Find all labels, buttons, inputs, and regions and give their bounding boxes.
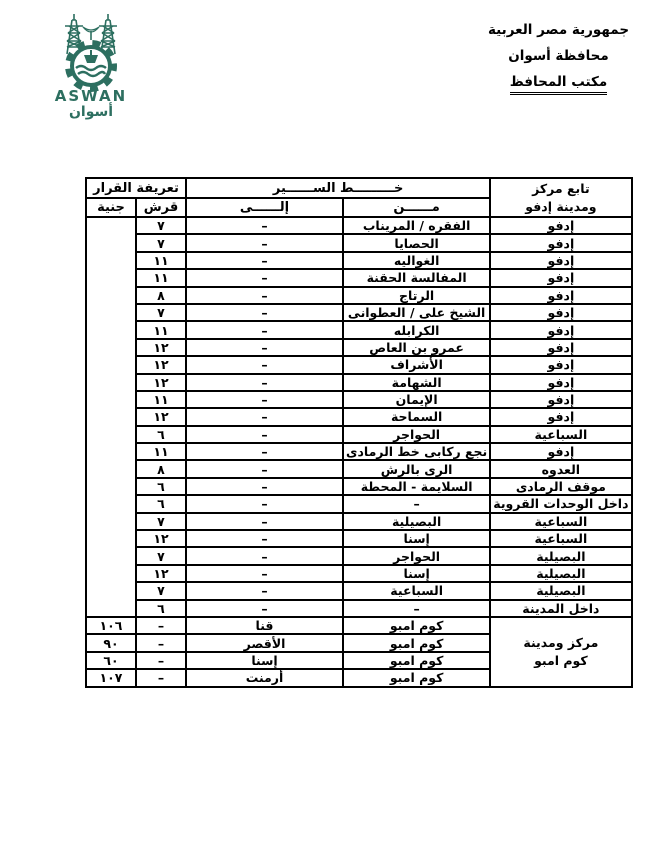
cell-from: العدوه <box>490 460 631 477</box>
pounds-column-header: جنية <box>86 198 136 217</box>
logo-text-en: ASWAN <box>55 87 127 105</box>
cell-to: البصيلية <box>343 513 490 530</box>
gear-icon <box>69 44 113 88</box>
table-header-row-1: تابع مركز ومدينة إدفو خـــــــــط الســـ… <box>86 178 632 198</box>
cell-pounds: ١٢ <box>136 356 186 373</box>
table-row: إدفوالغواليه–١١ <box>86 252 632 269</box>
cell-from: البصيلية <box>490 547 631 564</box>
cell-piasters: – <box>186 478 343 495</box>
cell-to: إسنا <box>343 530 490 547</box>
table-row: إدفونجع ركابى خط الرمادى–١١ <box>86 443 632 460</box>
cell-from: إدفو <box>490 252 631 269</box>
table-row: العدوهالرى بالرش–٨ <box>86 460 632 477</box>
cell-pounds: ١١ <box>136 443 186 460</box>
cell-pounds: ٦ <box>136 426 186 443</box>
cell-pounds: ١١ <box>136 252 186 269</box>
cell-piasters: – <box>186 582 343 599</box>
cell-piasters: – <box>186 426 343 443</box>
governorate-name: محافظة أسوان <box>471 48 646 64</box>
office-name: مكتب المحافظ <box>471 74 646 95</box>
table-row: البصيليةالحواجر–٧ <box>86 547 632 564</box>
cell-piasters: – <box>136 652 186 669</box>
route-rows: إدفوالفقره / المريناب–٧إدفوالحصايا–٧إدفو… <box>86 217 632 687</box>
table-row: السباعيةإسنا–١٢ <box>86 530 632 547</box>
logo-text-ar: أسوان <box>69 102 113 120</box>
cell-pounds: ٧ <box>136 582 186 599</box>
cell-to: الغواليه <box>343 252 490 269</box>
cell-from: إدفو <box>490 408 631 425</box>
government-header: جمهورية مصر العربية محافظة أسوان مكتب ال… <box>471 22 646 105</box>
cell-piasters: – <box>186 269 343 286</box>
cell-to: المفالسة الحقنة <box>343 269 490 286</box>
cell-from: إدفو <box>490 269 631 286</box>
cell-to: عمرو بن العاص <box>343 339 490 356</box>
cell-to: إسنا <box>343 565 490 582</box>
table-row: مركز ومدينة كوم امبوكوم امبوقنا–١٠٦ <box>86 617 632 634</box>
from-column-header: مــــــن <box>343 198 490 217</box>
cell-from: إدفو <box>490 339 631 356</box>
cell-piasters: – <box>186 530 343 547</box>
table-row: داخل الوحدات القروية––٦ <box>86 495 632 512</box>
cell-piasters: – <box>186 547 343 564</box>
cell-to: الشهامة <box>343 374 490 391</box>
cell-pounds: ٩٠ <box>86 634 136 651</box>
cell-pounds: ١٢ <box>136 339 186 356</box>
cell-pounds: ١٠٧ <box>86 669 136 686</box>
cell-piasters: – <box>186 495 343 512</box>
cell-pounds: ٧ <box>136 547 186 564</box>
table-row: البصيليةإسنا–١٢ <box>86 565 632 582</box>
country-name: جمهورية مصر العربية <box>471 22 646 38</box>
cell-pounds: ٦٠ <box>86 652 136 669</box>
tariff-title-header: تعريفة القرار <box>86 178 186 198</box>
piasters-column-header: قرش <box>136 198 186 217</box>
table-row: إدفوالشهامة–١٢ <box>86 374 632 391</box>
cell-from: إدفو <box>490 374 631 391</box>
aswan-logo: ASWAN أسوان <box>34 6 148 122</box>
cell-pounds: ١٠٦ <box>86 617 136 634</box>
cell-from: إدفو <box>490 356 631 373</box>
cell-from: داخل المدينة <box>490 600 631 617</box>
cell-from: كوم امبو <box>343 634 490 651</box>
route-title-header: خـــــــــط الســــــير <box>186 178 490 198</box>
group-label-kom-ombo: مركز ومدينة كوم امبو <box>490 617 631 687</box>
cell-to: نجع ركابى خط الرمادى <box>343 443 490 460</box>
cell-piasters: – <box>186 374 343 391</box>
cell-to: السباعية <box>343 582 490 599</box>
cell-to: السماحة <box>343 408 490 425</box>
to-column-header: إلــــــى <box>186 198 343 217</box>
cell-piasters: – <box>186 217 343 234</box>
table-row: السباعيةالبصيلية–٧ <box>86 513 632 530</box>
cell-piasters: – <box>186 600 343 617</box>
cell-to: – <box>343 495 490 512</box>
cell-to: أرمنت <box>186 669 343 686</box>
cell-pounds: ٨ <box>136 460 186 477</box>
cell-from: إدفو <box>490 234 631 251</box>
cell-pounds: ٧ <box>136 234 186 251</box>
cell-to: الحصايا <box>343 234 490 251</box>
cell-from: إدفو <box>490 321 631 338</box>
scanned-document-page: { "header": { "country": "جمهورية مصر ال… <box>0 0 666 842</box>
cell-pounds: ٧ <box>136 217 186 234</box>
table-row: إدفوالفقره / المريناب–٧ <box>86 217 632 234</box>
cell-from: داخل الوحدات القروية <box>490 495 631 512</box>
cell-from: إدفو <box>490 287 631 304</box>
cell-pounds: ١٢ <box>136 565 186 582</box>
cell-piasters: – <box>186 565 343 582</box>
cell-piasters: – <box>136 617 186 634</box>
cell-from: إدفو <box>490 391 631 408</box>
cell-to: الكرابله <box>343 321 490 338</box>
table-row: إدفوالرتاج–٨ <box>86 287 632 304</box>
cell-from: كوم امبو <box>343 669 490 686</box>
cell-piasters: – <box>186 321 343 338</box>
cell-piasters: – <box>186 234 343 251</box>
cell-to: الأقصر <box>186 634 343 651</box>
table-row: إدفوالإيمان–١١ <box>86 391 632 408</box>
table-row: موقف الرمادىالسلايمة - المحطة–٦ <box>86 478 632 495</box>
cell-piasters: – <box>186 391 343 408</box>
cell-to: إسنا <box>186 652 343 669</box>
cell-piasters: – <box>186 408 343 425</box>
cell-to: – <box>343 600 490 617</box>
cell-to: الفقره / المريناب <box>343 217 490 234</box>
cell-to: الحواجر <box>343 547 490 564</box>
cell-from: إدفو <box>490 217 631 234</box>
table-row: إدفوالسماحة–١٢ <box>86 408 632 425</box>
cell-pounds: ١١ <box>136 269 186 286</box>
table-row: إدفوالشيخ على / العطوانى–٧ <box>86 304 632 321</box>
cell-pounds: ٦ <box>136 478 186 495</box>
cell-to: قنا <box>186 617 343 634</box>
cell-to: الرى بالرش <box>343 460 490 477</box>
cell-to: السلايمة - المحطة <box>343 478 490 495</box>
cell-from: البصيلية <box>490 565 631 582</box>
cell-pounds: ١٢ <box>136 374 186 391</box>
table-row: إدفوالأشراف–١٢ <box>86 356 632 373</box>
cell-from: كوم امبو <box>343 617 490 634</box>
cell-to: الرتاج <box>343 287 490 304</box>
cell-pounds: ٦ <box>136 495 186 512</box>
cell-pounds: ١٢ <box>136 408 186 425</box>
cell-piasters: – <box>186 513 343 530</box>
cell-pounds: ٦ <box>136 600 186 617</box>
cell-piasters: – <box>136 669 186 686</box>
cell-piasters: – <box>186 339 343 356</box>
cell-piasters: – <box>186 287 343 304</box>
table-row: إدفوالحصايا–٧ <box>86 234 632 251</box>
cell-pounds: ١١ <box>136 391 186 408</box>
cell-from: كوم امبو <box>343 652 490 669</box>
table-row: السباعيةالحواجر–٦ <box>86 426 632 443</box>
table-row: إدفوالمفالسة الحقنة–١١ <box>86 269 632 286</box>
cell-from: موقف الرمادى <box>490 478 631 495</box>
cell-pounds: ٧ <box>136 513 186 530</box>
cell-to: الحواجر <box>343 426 490 443</box>
cell-from: البصيلية <box>490 582 631 599</box>
cell-from: السباعية <box>490 530 631 547</box>
cell-from: السباعية <box>490 513 631 530</box>
cell-piasters: – <box>186 304 343 321</box>
cell-pounds: ١١ <box>136 321 186 338</box>
table-row: إدفوعمرو بن العاص–١٢ <box>86 339 632 356</box>
cell-from: السباعية <box>490 426 631 443</box>
cell-pounds: ٨ <box>136 287 186 304</box>
cell-from: إدفو <box>490 304 631 321</box>
table-row: البصيليةالسباعية–٧ <box>86 582 632 599</box>
aswan-logo-graphic: ASWAN أسوان <box>34 6 148 122</box>
cell-pounds: ٧ <box>136 304 186 321</box>
fare-table: تابع مركز ومدينة إدفو خـــــــــط الســـ… <box>85 177 633 688</box>
group-label-edfu: تابع مركز ومدينة إدفو <box>490 178 631 217</box>
cell-to: الإيمان <box>343 391 490 408</box>
table-row: إدفوالكرابله–١١ <box>86 321 632 338</box>
cell-piasters: – <box>186 460 343 477</box>
cell-from: إدفو <box>490 443 631 460</box>
cell-piasters: – <box>136 634 186 651</box>
cell-piasters: – <box>186 443 343 460</box>
cell-piasters: – <box>186 252 343 269</box>
cell-to: الأشراف <box>343 356 490 373</box>
cell-pounds: ١٢ <box>136 530 186 547</box>
cell-piasters: – <box>186 356 343 373</box>
table-row: داخل المدينة––٦ <box>86 600 632 617</box>
cell-to: الشيخ على / العطوانى <box>343 304 490 321</box>
